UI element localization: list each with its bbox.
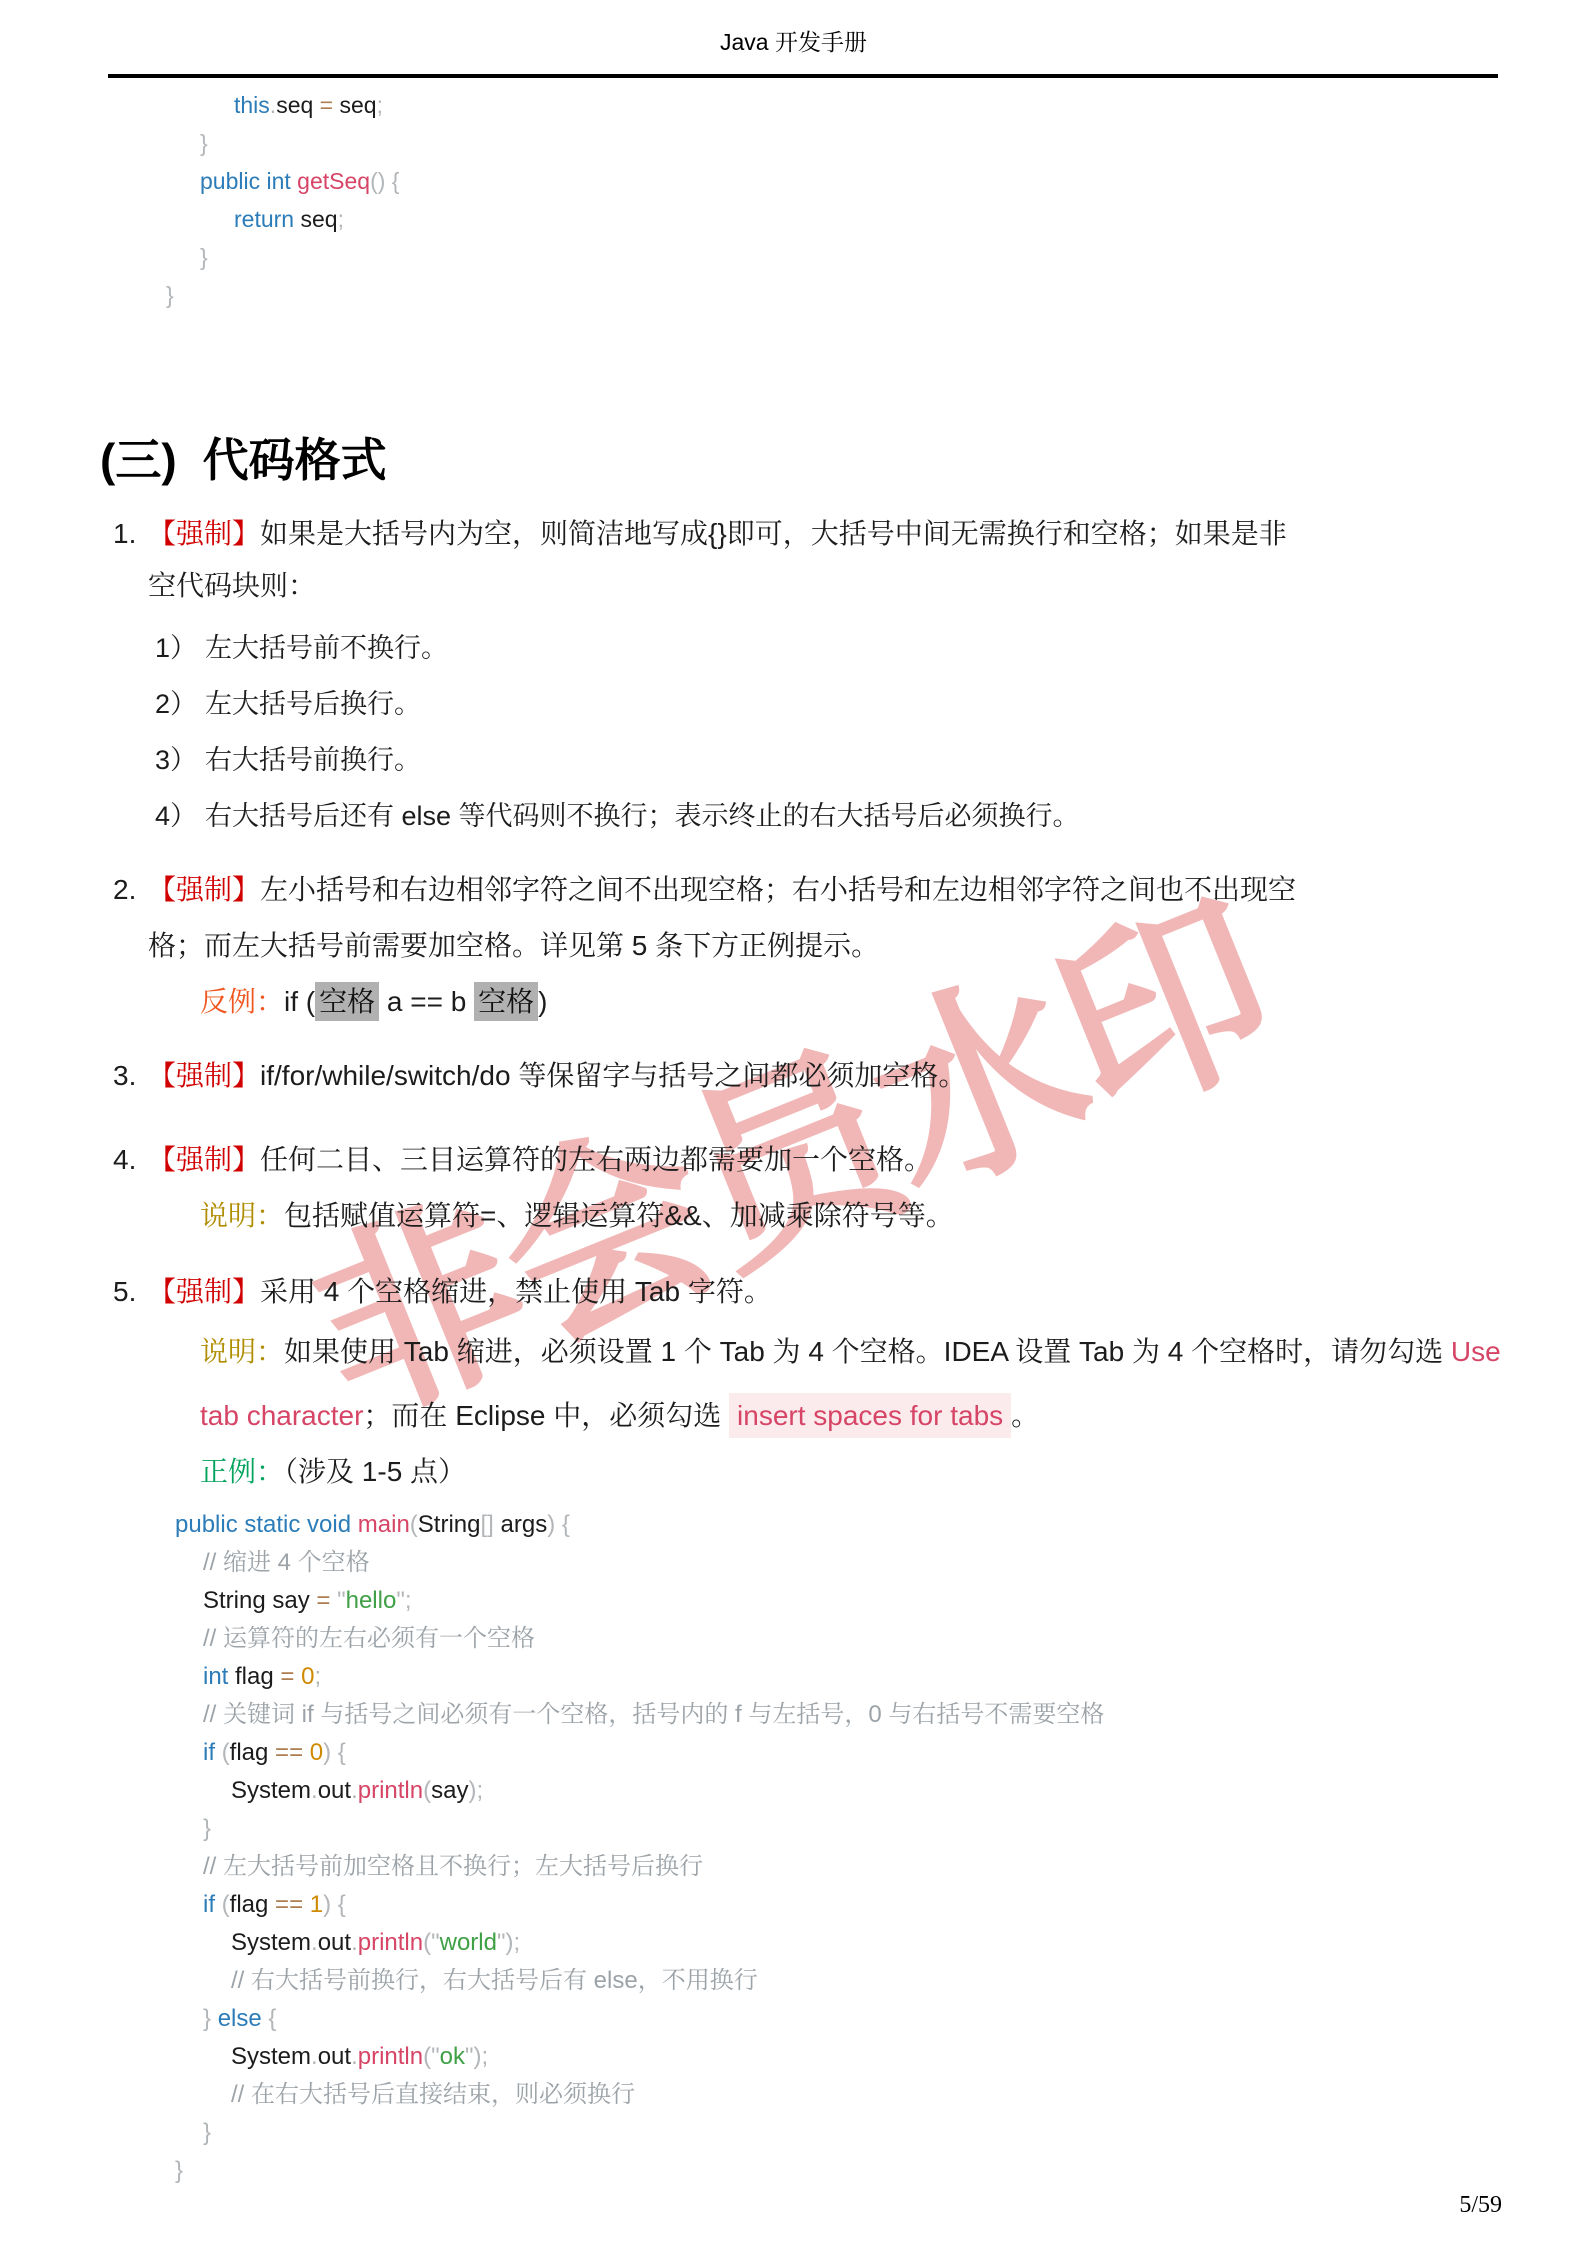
code-line: // 运算符的左右必须有一个空格 — [175, 1620, 1104, 1658]
header-divider — [108, 74, 1498, 78]
item-number: 5. — [113, 1264, 136, 1320]
code-token: args — [501, 1511, 548, 1538]
item-line: 说明：包括赋值运算符=、逻辑运算符&&、加减乘除符号等。 — [0, 1188, 1587, 1244]
text-segment: a == b — [379, 986, 474, 1017]
code-token: String — [418, 1511, 481, 1538]
section-title: (三)代码格式 — [100, 424, 387, 490]
text-segment: 采用 4 个空格缩进，禁止使用 Tab 字符。 — [260, 1276, 772, 1307]
text-segment: ) — [538, 986, 547, 1017]
text-segment: 任何二目、三目运算符的左右两边都需要加一个空格。 — [260, 1144, 932, 1175]
subitem-line: 3）右大括号前换行。 — [0, 732, 1587, 788]
code-line: // 左大括号前加空格且不换行；左大括号后换行 — [175, 1848, 1104, 1886]
item-line: 空代码块则： — [0, 560, 1587, 612]
code-token: { — [262, 2005, 277, 2032]
code-token: out — [318, 2043, 351, 2070]
subitem-line: 2）左大括号后换行。 — [0, 676, 1587, 732]
text-segment: 空代码块则： — [148, 570, 316, 601]
code-token: ( — [222, 1891, 230, 1918]
code-line: } — [166, 276, 399, 314]
text-segment: 。 — [1011, 1400, 1039, 1431]
code-token: public int — [200, 168, 297, 194]
list-item-2: 2.【强制】左小括号和右边相邻字符之间不出现空格；右小括号和左边相邻字符之间也不… — [0, 862, 1587, 1030]
text-segment: if ( — [284, 986, 315, 1017]
list-item-1: 1.【强制】如果是大括号内为空，则简洁地写成{}即可，大括号中间无需换行和空格；… — [0, 508, 1587, 844]
code-token: } — [175, 2157, 183, 2184]
code-token: // 缩进 4 个空格 — [203, 1549, 370, 1576]
code-token: . — [311, 2043, 318, 2070]
code-token: ) { — [323, 1739, 346, 1766]
item-line: 2.【强制】左小括号和右边相邻字符之间不出现空格；右小括号和左边相邻字符之间也不… — [0, 862, 1587, 918]
subitem-text: 左大括号后换行。 — [205, 689, 421, 719]
list-item-5: 5.【强制】采用 4 个空格缩进，禁止使用 Tab 字符。说明：如果使用 Tab… — [0, 1264, 1587, 1496]
code-token: main — [358, 1511, 410, 1538]
text-segment: 左小括号和右边相邻字符之间不出现空格；右小括号和左边相邻字符之间也不出现空 — [260, 874, 1296, 905]
code-token: seq — [340, 92, 377, 118]
code-token: println — [358, 1929, 423, 1956]
item-number: 3. — [113, 1048, 136, 1104]
item-line: 1.【强制】如果是大括号内为空，则简洁地写成{}即可，大括号中间无需换行和空格；… — [0, 508, 1587, 560]
subitem-text: 左大括号前不换行。 — [205, 633, 448, 663]
text-segment: Use — [1451, 1336, 1501, 1367]
code-token: (" — [423, 2043, 440, 2070]
item-line: 4.【强制】任何二目、三目运算符的左右两边都需要加一个空格。 — [0, 1132, 1587, 1188]
code-token: hello — [346, 1587, 397, 1614]
code-token: 0 — [301, 1663, 314, 1690]
item-line: 说明：如果使用 Tab 缩进，必须设置 1 个 Tab 为 4 个空格。IDEA… — [0, 1320, 1587, 1384]
code-token: ; — [377, 92, 383, 118]
code-token: return — [234, 206, 300, 232]
code-token: int — [203, 1663, 235, 1690]
subitem-list: 1）左大括号前不换行。2）左大括号后换行。3）右大括号前换行。4）右大括号后还有… — [0, 620, 1587, 844]
text-segment: 空格 — [474, 982, 538, 1021]
code-token: // 关键词 if 与括号之间必须有一个空格，括号内的 f 与左括号，0 与右括… — [203, 1701, 1104, 1728]
code-token: public static void — [175, 1511, 358, 1538]
code-token: "); — [497, 1929, 520, 1956]
code-token: ; — [314, 1663, 321, 1690]
item-line: 正例：（涉及 1-5 点） — [0, 1448, 1587, 1496]
code-line: public int getSeq() { — [166, 162, 399, 200]
code-token: ( — [222, 1739, 230, 1766]
code-token: == — [275, 1739, 310, 1766]
text-segment: 说明： — [200, 1336, 284, 1367]
text-segment: 【强制】 — [148, 1060, 260, 1091]
code-token: ( — [423, 1777, 431, 1804]
code-token: } — [200, 130, 208, 156]
code-token: . — [351, 1777, 358, 1804]
code-line: return seq; — [166, 200, 399, 238]
code-token: . — [351, 2043, 358, 2070]
code-line: } — [175, 2114, 1104, 2152]
text-segment: 空格 — [315, 982, 379, 1021]
code-line: System.out.println(say); — [175, 1772, 1104, 1810]
code-line: // 在右大括号后直接结束，则必须换行 — [175, 2076, 1104, 2114]
code-block-example: public static void main(String[] args) {… — [175, 1506, 1104, 2190]
code-token: "); — [465, 2043, 488, 2070]
code-line: // 关键词 if 与括号之间必须有一个空格，括号内的 f 与左括号，0 与右括… — [175, 1696, 1104, 1734]
code-token: // 在右大括号后直接结束，则必须换行 — [231, 2081, 635, 2108]
item-line: 3.【强制】if/for/while/switch/do 等保留字与括号之间都必… — [0, 1048, 1587, 1104]
code-line: } — [175, 1810, 1104, 1848]
code-token: say — [431, 1777, 468, 1804]
subitem-line: 1）左大括号前不换行。 — [0, 620, 1587, 676]
text-segment: 【强制】 — [148, 1144, 260, 1175]
item-line: 反例：if (空格 a == b 空格) — [0, 974, 1587, 1030]
subitem-number: 2） — [155, 676, 197, 732]
code-line: int flag = 0; — [175, 1658, 1104, 1696]
code-token: ) { — [547, 1511, 570, 1538]
code-line: System.out.println("ok"); — [175, 2038, 1104, 2076]
text-segment: if/for/while/switch/do 等保留字与括号之间都必须加空格。 — [260, 1060, 966, 1091]
item-number: 4. — [113, 1132, 136, 1188]
text-segment: 【强制】 — [148, 1276, 260, 1307]
code-token: out — [318, 1929, 351, 1956]
code-token: ( — [410, 1511, 418, 1538]
code-token: } — [203, 2119, 211, 2146]
code-token: this — [234, 92, 270, 118]
code-token: flag — [235, 1663, 280, 1690]
code-token: // 左大括号前加空格且不换行；左大括号后换行 — [203, 1853, 703, 1880]
code-line: } else { — [175, 2000, 1104, 2038]
code-token: () { — [370, 168, 399, 194]
code-token: ); — [468, 1777, 483, 1804]
header-title: Java 开发手册 — [0, 24, 1587, 57]
text-segment: 正例： — [200, 1456, 284, 1487]
code-line: // 缩进 4 个空格 — [175, 1544, 1104, 1582]
text-segment: ；而在 Eclipse 中，必须勾选 — [363, 1400, 729, 1431]
code-token: String say — [203, 1587, 316, 1614]
code-token: if — [203, 1739, 222, 1766]
code-line: } — [175, 2152, 1104, 2190]
subitem-number: 4） — [155, 788, 197, 844]
code-token: seq — [276, 92, 319, 118]
code-token: getSeq — [297, 168, 370, 194]
text-segment: 如果使用 Tab 缩进，必须设置 1 个 Tab 为 4 个空格。IDEA 设置… — [284, 1336, 1451, 1367]
code-token: flag — [230, 1739, 275, 1766]
text-segment: （涉及 1-5 点） — [284, 1456, 466, 1487]
section-title-text: 代码格式 — [203, 434, 387, 486]
text-segment: 【强制】 — [148, 874, 260, 905]
code-token: 1 — [310, 1891, 323, 1918]
page-number: 5/59 — [1459, 2192, 1502, 2219]
code-token: = — [280, 1663, 301, 1690]
code-line: this.seq = seq; — [166, 86, 399, 124]
subitem-text: 右大括号前换行。 — [205, 745, 421, 775]
document-page: 非会员水印 Java 开发手册 this.seq = seq;}public i… — [0, 0, 1587, 2245]
code-token: 0 — [310, 1739, 323, 1766]
code-token: . — [351, 1929, 358, 1956]
code-token: System — [231, 1929, 311, 1956]
code-line: // 右大括号前换行，右大括号后有 else，不用换行 — [175, 1962, 1104, 2000]
item-number: 2. — [113, 862, 136, 918]
code-token: // 右大括号前换行，右大括号后有 else，不用换行 — [231, 1967, 758, 1994]
code-token: flag — [230, 1891, 275, 1918]
subitem-number: 1） — [155, 620, 197, 676]
code-line: System.out.println("world"); — [175, 1924, 1104, 1962]
code-token: "; — [396, 1587, 411, 1614]
code-token: == — [275, 1891, 310, 1918]
code-line: String say = "hello"; — [175, 1582, 1104, 1620]
item-line: 5.【强制】采用 4 个空格缩进，禁止使用 Tab 字符。 — [0, 1264, 1587, 1320]
subitem-number: 3） — [155, 732, 197, 788]
text-segment: 【强制】 — [148, 518, 260, 549]
code-token: // 运算符的左右必须有一个空格 — [203, 1625, 535, 1652]
code-token: System — [231, 1777, 311, 1804]
code-token: ) { — [323, 1891, 346, 1918]
code-token: seq — [300, 206, 337, 232]
code-token: = — [316, 1587, 337, 1614]
code-token: System — [231, 2043, 311, 2070]
item-number: 1. — [113, 508, 136, 560]
code-token: world — [440, 1929, 497, 1956]
code-line: } — [166, 238, 399, 276]
code-token: . — [311, 1777, 318, 1804]
code-token: (" — [423, 1929, 440, 1956]
code-token: " — [337, 1587, 346, 1614]
code-token: } — [203, 2005, 218, 2032]
code-line: if (flag == 1) { — [175, 1886, 1104, 1924]
subitem-line: 4）右大括号后还有 else 等代码则不换行；表示终止的右大括号后必须换行。 — [0, 788, 1587, 844]
text-segment: 包括赋值运算符=、逻辑运算符&&、加减乘除符号等。 — [284, 1200, 954, 1231]
code-token: = — [320, 92, 340, 118]
item-line: tab character；而在 Eclipse 中，必须勾选 insert s… — [0, 1384, 1587, 1448]
code-token: . — [311, 1929, 318, 1956]
code-token: } — [166, 282, 174, 308]
item-line: 格；而左大括号前需要加空格。详见第 5 条下方正例提示。 — [0, 918, 1587, 974]
code-token: } — [200, 244, 208, 270]
code-token: ok — [440, 2043, 465, 2070]
code-token: if — [203, 1891, 222, 1918]
code-block-top: this.seq = seq;}public int getSeq() {ret… — [166, 86, 399, 314]
code-token: [] — [481, 1511, 501, 1538]
text-segment: 反例： — [200, 986, 284, 1017]
section-number: (三) — [100, 434, 177, 486]
text-segment: insert spaces for tabs — [729, 1393, 1011, 1438]
code-line: if (flag == 0) { — [175, 1734, 1104, 1772]
text-segment: 说明： — [200, 1200, 284, 1231]
code-line: public static void main(String[] args) { — [175, 1506, 1104, 1544]
text-segment: 格；而左大括号前需要加空格。详见第 5 条下方正例提示。 — [148, 930, 879, 961]
code-token: out — [318, 1777, 351, 1804]
text-segment: tab character — [200, 1400, 363, 1431]
code-token: println — [358, 1777, 423, 1804]
code-token: } — [203, 1815, 211, 1842]
text-segment: 如果是大括号内为空，则简洁地写成{}即可，大括号中间无需换行和空格；如果是非 — [260, 518, 1287, 549]
list-item-4: 4.【强制】任何二目、三目运算符的左右两边都需要加一个空格。说明：包括赋值运算符… — [0, 1132, 1587, 1244]
code-line: } — [166, 124, 399, 162]
code-token: println — [358, 2043, 423, 2070]
code-token: else — [218, 2005, 262, 2032]
list-item-3: 3.【强制】if/for/while/switch/do 等保留字与括号之间都必… — [0, 1048, 1587, 1104]
code-token: ; — [338, 206, 344, 232]
subitem-text: 右大括号后还有 else 等代码则不换行；表示终止的右大括号后必须换行。 — [205, 801, 1080, 831]
